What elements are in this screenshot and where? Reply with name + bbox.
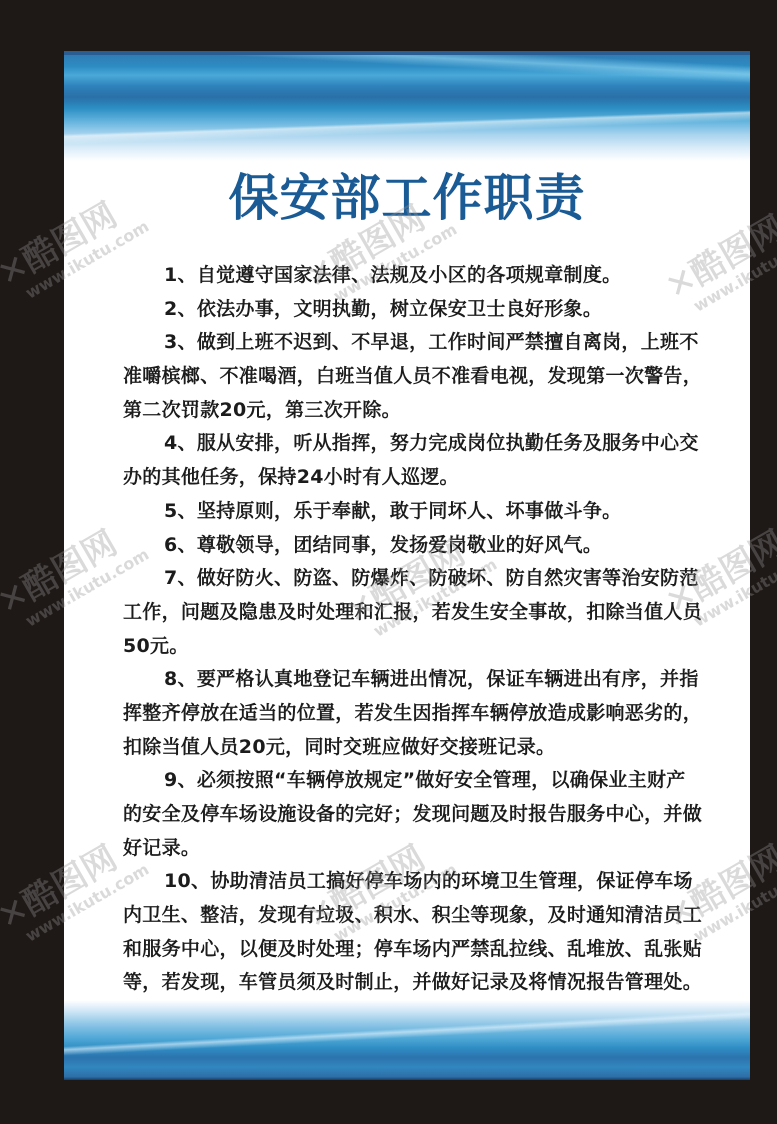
duty-item-9-line-2: 的安全及停车场设施设备的完好；发现问题及时报告服务中心，并做 (123, 798, 703, 832)
duty-item-10-line-2: 内卫生、整洁，发现有垃圾、积水、积尘等现象，及时通知清洁员工 (123, 899, 703, 933)
duty-item-10-line-1: 10、协助清洁员工搞好停车场内的环境卫生管理，保证停车场 (123, 865, 703, 899)
duties-list: 1、自觉遵守国家法律、法规及小区的各项规章制度。 2、依法办事，文明执勤，树立保… (123, 259, 703, 1000)
duty-item-2-line-1: 2、依法办事，文明执勤，树立保安卫士良好形象。 (123, 293, 703, 327)
duty-item-7-line-3: 50元。 (123, 630, 703, 664)
poster-title: 保安部工作职责 (64, 168, 750, 228)
duty-item-3-line-3: 第二次罚款20元，第三次开除。 (123, 394, 703, 428)
duty-item-7-line-1: 7、做好防火、防盗、防爆炸、防破坏、防自然灾害等治安防范 (123, 562, 703, 596)
duty-item-10-line-3: 和服务中心，以便及时处理；停车场内严禁乱拉线、乱堆放、乱张贴 (123, 933, 703, 967)
duty-item-8-line-3: 扣除当值人员20元，同时交班应做好交接班记录。 (123, 731, 703, 765)
poster-board: 保安部工作职责 1、自觉遵守国家法律、法规及小区的各项规章制度。 2、依法办事，… (64, 51, 750, 1080)
duty-item-3-line-2: 准嚼槟榔、不准喝酒，白班当值人员不准看电视，发现第一次警告， (123, 360, 703, 394)
duty-item-4-line-2: 办的其他任务，保持24小时有人巡逻。 (123, 461, 703, 495)
duty-item-1-line-1: 1、自觉遵守国家法律、法规及小区的各项规章制度。 (123, 259, 703, 293)
duty-item-9-line-3: 好记录。 (123, 832, 703, 866)
top-wave-banner (64, 51, 750, 161)
duty-item-4-line-1: 4、服从安排，听从指挥，努力完成岗位执勤任务及服务中心交 (123, 427, 703, 461)
duty-item-9-line-1: 9、必须按照“车辆停放规定”做好安全管理，以确保业主财产 (123, 764, 703, 798)
duty-item-8-line-1: 8、要严格认真地登记车辆进出情况，保证车辆进出有序，并指 (123, 663, 703, 697)
bottom-wave-banner (64, 1000, 750, 1080)
duty-item-10-line-4: 等，若发现，车管员须及时制止，并做好记录及将情况报告管理处。 (123, 966, 703, 1000)
duty-item-5-line-1: 5、坚持原则，乐于奉献，敢于同坏人、坏事做斗争。 (123, 495, 703, 529)
duty-item-3-line-1: 3、做到上班不迟到、不早退，工作时间严禁擅自离岗，上班不 (123, 326, 703, 360)
duty-item-8-line-2: 挥整齐停放在适当的位置，若发生因指挥车辆停放造成影响恶劣的， (123, 697, 703, 731)
duty-item-7-line-2: 工作，问题及隐患及时处理和汇报，若发生安全事故，扣除当值人员 (123, 596, 703, 630)
duty-item-6-line-1: 6、尊敬领导，团结同事，发扬爱岗敬业的好风气。 (123, 529, 703, 563)
